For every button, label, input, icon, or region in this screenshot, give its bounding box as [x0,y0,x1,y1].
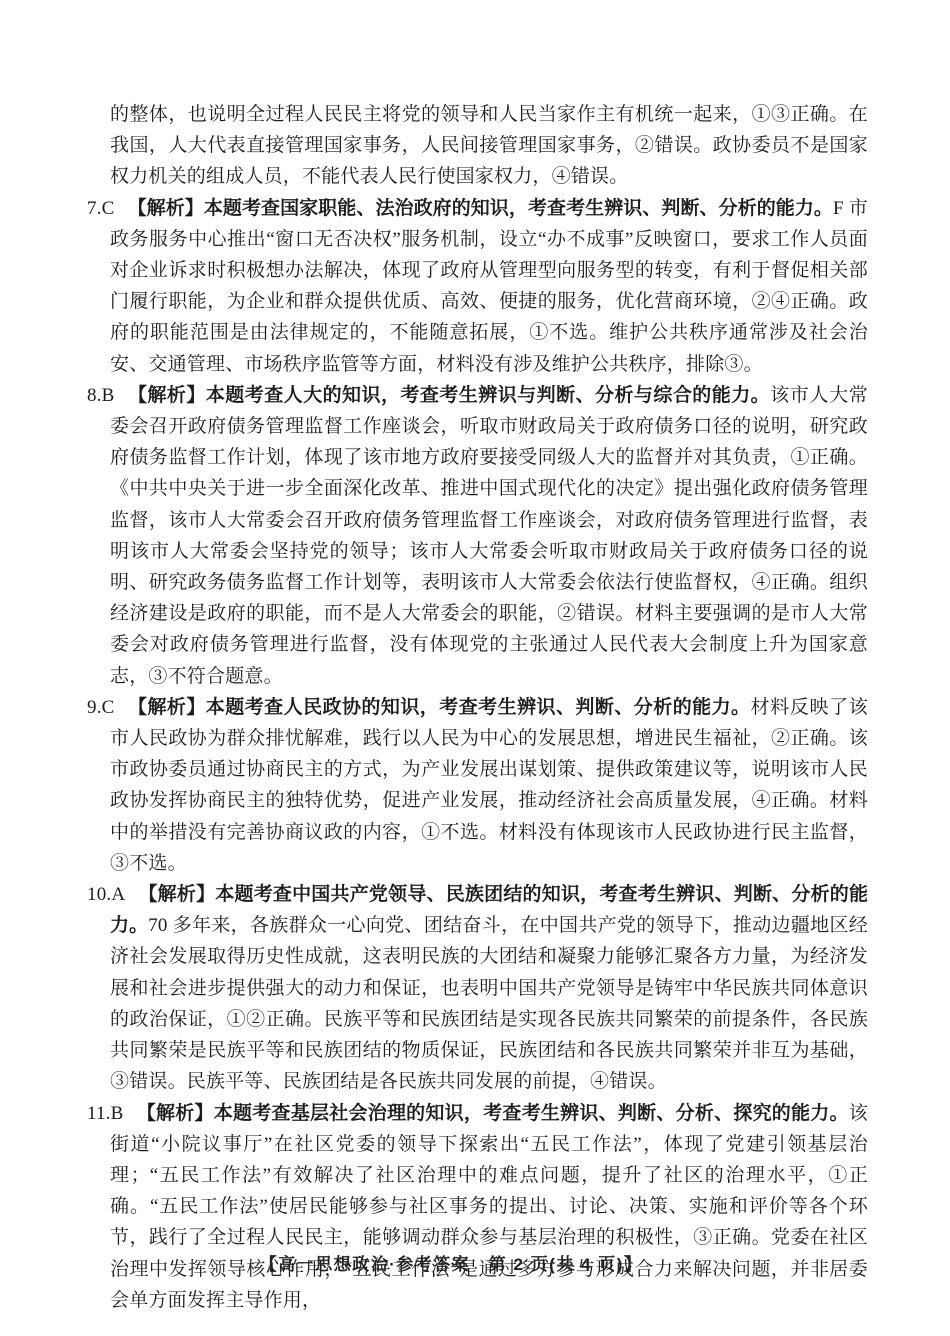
analysis-intro: 【解析】本题考查国家职能、法治政府的知识，考查考生辨识、判断、分析的能力。 [128,198,833,219]
answer-number: 9.C [87,697,128,718]
analysis-intro: 【解析】本题考查人大的知识，考查考生辨识与判断、分析与综合的能力。 [128,385,771,406]
answer-item-10: 10.A【解析】本题考查中国共产党领导、民族团结的知识，考查考生辨识、判断、分析… [110,879,868,1097]
answer-item-8: 8.B【解析】本题考查人大的知识，考查考生辨识与判断、分析与综合的能力。该市人大… [110,380,868,692]
answers-content: 的整体，也说明全过程人民民主将党的领导和人民当家作主有机统一起来，①③正确。在我… [110,99,868,1316]
answer-number: 10.A [87,884,138,905]
analysis-text: F 市政务服务中心推出“窗口无否决权”服务机制，设立“办不成事”反映窗口，要求工… [110,198,868,375]
analysis-text: 70 多年来，各族群众一心向党、团结奋斗，在中国共产党的领导下，推动边疆地区经济… [110,915,868,1092]
answer-number: 11.B [87,1103,137,1124]
analysis-intro: 【解析】本题考查基层社会治理的知识，考查考生辨识、判断、分析、探究的能力。 [137,1103,849,1124]
answer-item-7: 7.C【解析】本题考查国家职能、法治政府的知识，考查考生辨识、判断、分析的能力。… [110,193,868,380]
analysis-intro: 【解析】本题考查人民政协的知识，考查考生辨识、判断、分析的能力。 [128,697,751,718]
continuation-paragraph: 的整体，也说明全过程人民民主将党的领导和人民当家作主有机统一起来，①③正确。在我… [110,99,868,193]
page-footer: 【高一思想政治·参考答案 第 2 页(共 4 页)】 [61,1250,841,1275]
answer-sheet-page: 的整体，也说明全过程人民民主将党的领导和人民当家作主有机统一起来，①③正确。在我… [0,0,950,1336]
answer-number: 8.B [87,385,128,406]
answer-number: 7.C [87,198,128,219]
answer-item-11: 11.B【解析】本题考查基层社会治理的知识，考查考生辨识、判断、分析、探究的能力… [110,1098,868,1316]
analysis-text: 该街道“小院议事厅”在社区党委的领导下探索出“五民工作法”，体现了党建引领基层治… [110,1103,868,1311]
analysis-text: 该市人大常委会召开政府债务管理监督工作座谈会，听取市财政局关于政府债务口径的说明… [110,385,868,687]
analysis-text: 材料反映了该市人民政协为群众排忧解难，践行以人民为中心的发展思想，增进民生福祉，… [110,697,868,874]
scan-artifact-mark [851,1265,862,1268]
answer-item-9: 9.C【解析】本题考查人民政协的知识，考查考生辨识、判断、分析的能力。材料反映了… [110,692,868,879]
